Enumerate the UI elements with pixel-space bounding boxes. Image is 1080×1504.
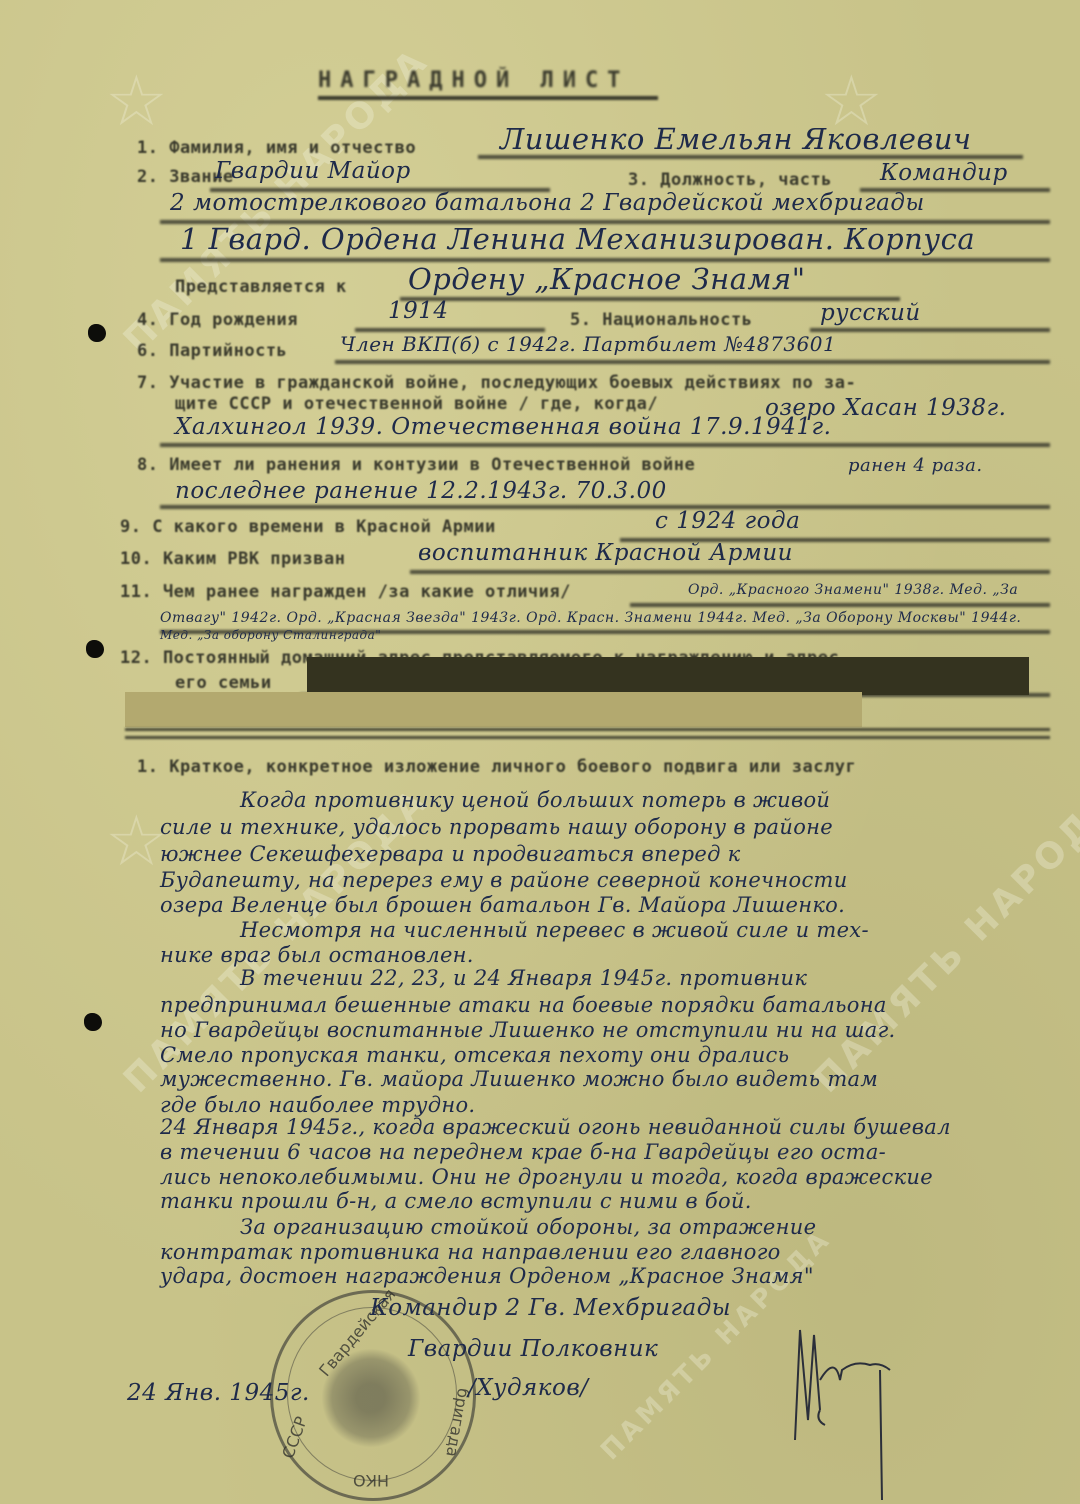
narrative-line: Будапешту, на перерез ему в районе север… — [160, 868, 848, 892]
field-9-value: с 1924 года — [655, 508, 800, 534]
field-7-label-a: 7. Участие в гражданской войне, последую… — [137, 373, 856, 393]
document-title: НАГРАДНОЙ ЛИСТ — [318, 68, 629, 93]
narrative-line: мужественно. Гв. майора Лишенко можно бы… — [160, 1067, 878, 1091]
handwritten-signature-icon — [780, 1310, 920, 1500]
field-rule — [630, 603, 1050, 607]
field-rule — [410, 570, 1050, 574]
title-underline — [318, 96, 658, 100]
narrative-line: где было наиболее трудно. — [160, 1093, 475, 1117]
field-3-value-b: 2 мотострелкового батальона 2 Гвардейско… — [170, 190, 925, 216]
punch-hole — [84, 1013, 102, 1031]
field-rule — [160, 443, 1050, 447]
field-1-value: Лишенко Емельян Яковлевич — [500, 122, 972, 156]
signature-line-2: Гвардии Полковник — [408, 1336, 658, 1362]
nominated-label: Представляется к — [175, 277, 347, 297]
narrative-line: озера Веленце был брошен батальон Гв. Ма… — [160, 893, 845, 917]
field-11-value-a: Орд. „Красного Знамени" 1938г. Мед. „За — [688, 582, 1018, 598]
narrative-line: танки прошли б-н, а смело вступили с ним… — [160, 1189, 752, 1213]
section-divider — [125, 736, 1050, 739]
narrative-line: 24 Января 1945г., когда вражеский огонь … — [160, 1115, 951, 1139]
watermark-star-icon: ☆ — [105, 60, 168, 142]
section-divider — [125, 728, 1050, 731]
field-3-value-c: 1 Гвард. Ордена Ленина Механизирован. Ко… — [180, 222, 975, 256]
field-6-value: Член ВКП(б) с 1942г. Партбилет №4873601 — [340, 332, 836, 356]
award-sheet-page: ☆ ПАМЯТЬ НАРОДА ☆ ☆ ПАМЯТЬ НАРОДА ПАМЯТЬ… — [0, 0, 1080, 1504]
field-11-value-c: Мед. „За оборону Сталинграда" — [160, 628, 381, 642]
narrative-line: Смело пропуская танки, отсекая пехоту он… — [160, 1043, 789, 1067]
field-11-label: 11. Чем ранее награжден /за какие отличи… — [120, 582, 571, 602]
narrative-line: лись непоколебимыми. Они не дрогнули и т… — [160, 1165, 933, 1189]
narrative-line: силе и технике, удалось прорвать нашу об… — [160, 815, 833, 839]
field-rule — [810, 328, 1050, 332]
field-10-label: 10. Каким РВК призван — [120, 549, 345, 569]
field-4-label: 4. Год рождения — [137, 310, 298, 330]
field-7-value-b: Халхингол 1939. Отечественная война 17.9… — [175, 414, 831, 440]
field-5-label: 5. Национальность — [570, 310, 753, 330]
nominated-value: Ордену „Красное Знамя" — [408, 262, 806, 296]
field-11-value-b: Отвагу" 1942г. Орд. „Красная Звезда" 194… — [160, 610, 1021, 626]
field-2-value: Гвардии Майор — [215, 158, 411, 184]
signature-date: 24 Янв. 1945г. — [127, 1380, 310, 1406]
field-10-value: воспитанник Красной Армии — [418, 540, 793, 566]
field-8-value-b: последнее ранение 12.2.1943г. 70.3.00 — [175, 478, 667, 504]
field-8-value-a: ранен 4 раза. — [848, 455, 983, 476]
signature-line-1: Командир 2 Гв. Мехбригады — [370, 1295, 731, 1321]
narrative-line: За организацию стойкой обороны, за отраж… — [240, 1215, 816, 1239]
punch-hole — [88, 324, 106, 342]
narrative-line: Когда противнику ценой больших потерь в … — [240, 788, 830, 812]
field-rule — [335, 360, 1050, 364]
narrative-line: В течении 22, 23, и 24 Января 1945г. про… — [240, 966, 807, 990]
field-3-value-a: Командир — [880, 160, 1008, 186]
stamp-text-bottom: НКО — [353, 1471, 389, 1490]
watermark-star-icon: ☆ — [105, 800, 168, 882]
punch-hole — [86, 640, 104, 658]
redacted-address-block — [307, 657, 1029, 695]
field-3-label: 3. Должность, часть — [628, 170, 832, 190]
field-1-label: 1. Фамилия, имя и отчество — [137, 138, 416, 158]
narrative-line: нике враг был остановлен. — [160, 943, 474, 967]
field-9-label: 9. С какого времени в Красной Армии — [120, 517, 496, 537]
redacted-address-block — [125, 692, 862, 727]
narrative-line: контратак противника на направлении его … — [160, 1240, 781, 1264]
field-rule — [160, 505, 1050, 509]
narrative-line: но Гвардейцы воспитанные Лишенко не отст… — [160, 1018, 896, 1042]
field-7-label-b: щите СССР и отечественной войне / где, к… — [175, 394, 658, 414]
field-5-value: русский — [820, 300, 921, 326]
narrative-line: удара, достоен награждения Орденом „Крас… — [160, 1264, 814, 1288]
field-8-label: 8. Имеет ли ранения и контузии в Отечест… — [137, 455, 695, 475]
field-6-label: 6. Партийность — [137, 341, 287, 361]
field-4-value: 1914 — [388, 298, 449, 324]
field-12-label-b: его семьи — [175, 673, 272, 693]
signature-line-3: /Худяков/ — [468, 1375, 589, 1401]
narrative-line: Несмотря на численный перевес в живой си… — [240, 918, 869, 942]
narrative-line: предпринимал бешенные атаки на боевые по… — [160, 993, 887, 1017]
section-heading: 1. Краткое, конкретное изложение личного… — [137, 757, 856, 777]
narrative-line: южнее Секешфехервара и продвигаться впер… — [160, 842, 741, 866]
narrative-line: в течении 6 часов на переднем крае б-на … — [160, 1140, 886, 1164]
